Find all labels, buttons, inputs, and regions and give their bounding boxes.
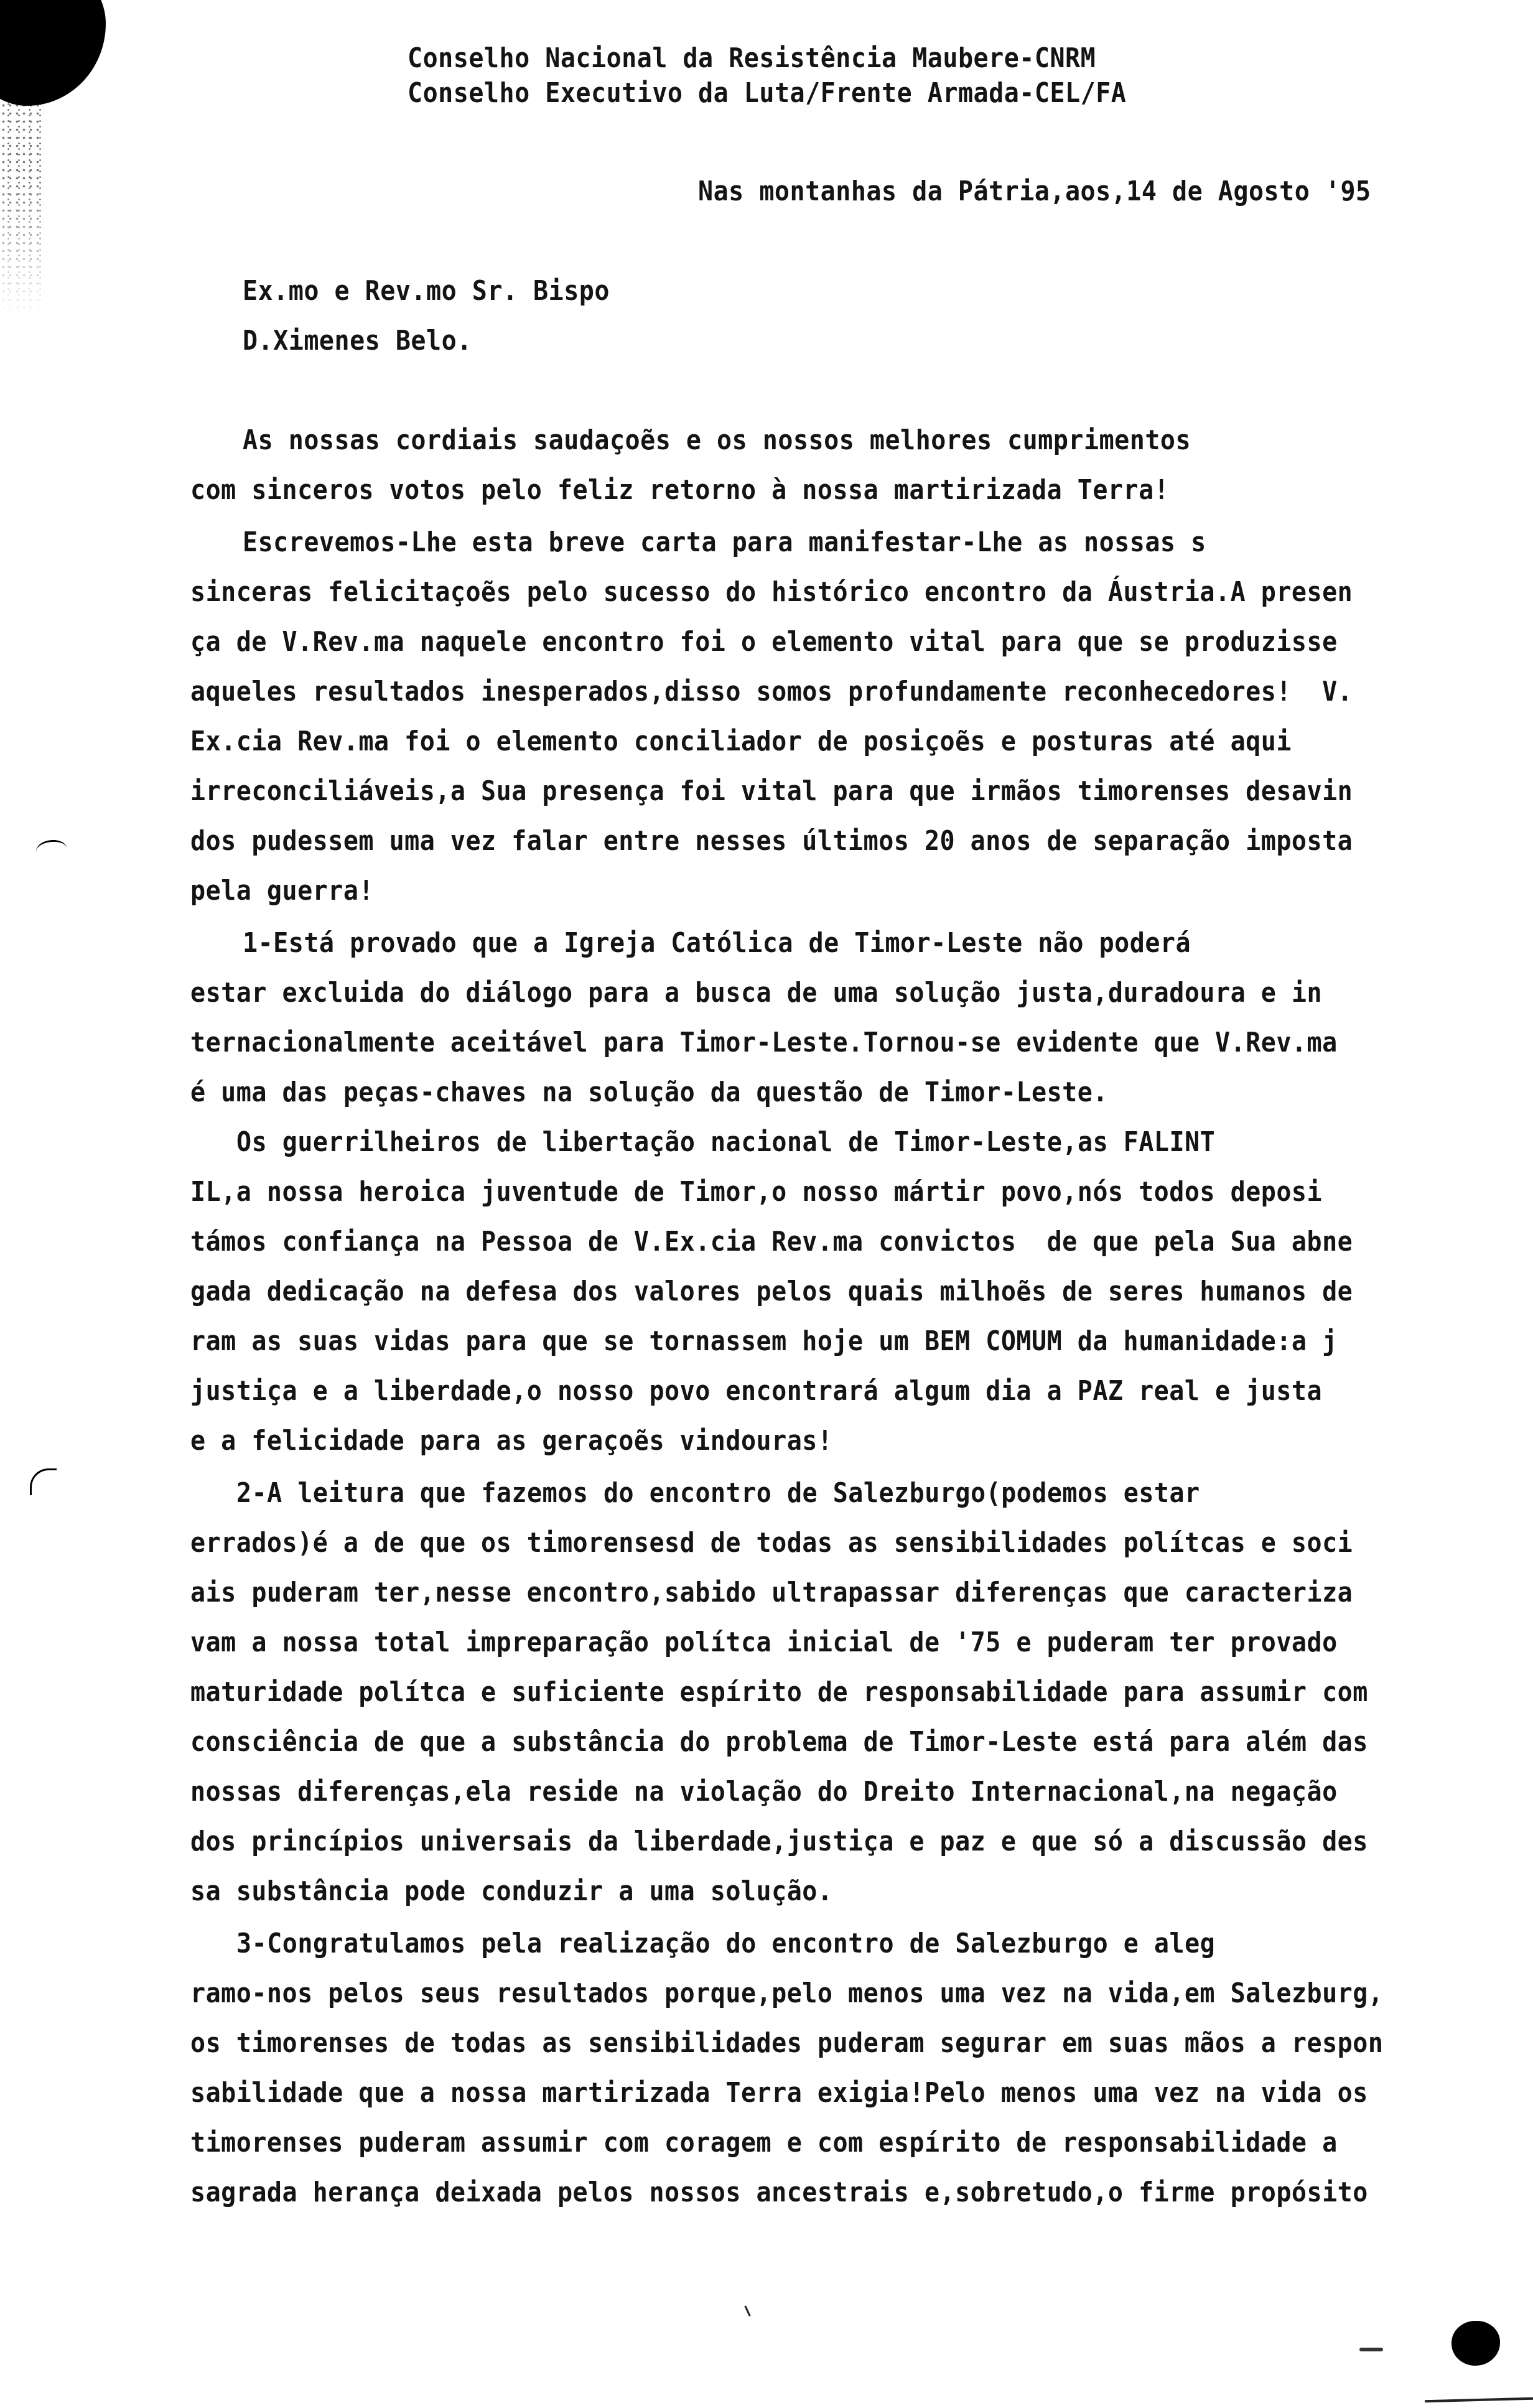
body-line: vam a nossa total impreparação polítca i… <box>190 1626 1338 1659</box>
body-line: gada dedicação na defesa dos valores pel… <box>190 1276 1353 1308</box>
scanned-letter-page: Conselho Nacional da Resistência Maubere… <box>0 0 1533 2408</box>
body-line: ternacionalmente aceitável para Timor-Le… <box>190 1027 1338 1059</box>
body-line: estar excluida do diálogo para a busca d… <box>190 977 1322 1009</box>
body-line: é uma das peças-chaves na solução da que… <box>190 1076 1108 1109</box>
body-line: ram as suas vidas para que se tornassem … <box>190 1325 1338 1358</box>
body-line: ça de V.Rev.ma naquele encontro foi o el… <box>190 626 1338 658</box>
body-line: com sinceros votos pelo feliz retorno à … <box>190 474 1169 506</box>
addressee-title: Ex.mo e Rev.mo Sr. Bispo <box>243 275 610 307</box>
place-and-date: Nas montanhas da Pátria,aos,14 de Agosto… <box>698 175 1371 208</box>
hole-punch-mark <box>30 1468 57 1495</box>
body-line: os timorenses de todas as sensibilidades… <box>190 2027 1383 2060</box>
body-line: maturidade polítca e suficiente espírito… <box>190 1676 1368 1709</box>
body-line: errados)é a de que os timorensesd de tod… <box>190 1527 1353 1559</box>
body-line: irreconciliáveis,a Sua presença foi vita… <box>190 775 1353 808</box>
body-line: sa substância pode conduzir a uma soluçã… <box>190 1875 832 1908</box>
hole-punch-mark <box>35 838 68 862</box>
body-line: Escrevemos-Lhe esta breve carta para man… <box>243 526 1206 559</box>
ink-blot-bottom-right <box>1451 2321 1500 2366</box>
body-line: Os guerrilheiros de libertação nacional … <box>236 1126 1215 1159</box>
body-line: aqueles resultados inesperados,disso som… <box>190 676 1353 708</box>
addressee-name: D.Ximenes Belo. <box>243 325 472 357</box>
body-line: támos confiança na Pessoa de V.Ex.cia Re… <box>190 1226 1353 1258</box>
body-line: timorenses puderam assumir com coragem e… <box>190 2127 1338 2159</box>
body-line: consciência de que a substância do probl… <box>190 1726 1368 1758</box>
organization-name-celfa: Conselho Executivo da Luta/Frente Armada… <box>408 77 1126 110</box>
body-line: nossas diferenças,ela reside na violação… <box>190 1776 1338 1808</box>
body-line: 2-A leitura que fazemos do encontro de S… <box>236 1477 1200 1510</box>
body-line: ais puderam ter,nesse encontro,sabido ul… <box>190 1577 1353 1609</box>
ink-smudge <box>1359 2348 1383 2351</box>
body-line: Ex.cia Rev.ma foi o elemento conciliador… <box>190 726 1292 758</box>
body-line: 1-Está provado que a Igreja Católica de … <box>243 927 1191 959</box>
body-line: dos princípios universais da liberdade,j… <box>190 1826 1368 1858</box>
body-line: sinceras felicitaçoẽs pelo sucesso do hi… <box>190 576 1353 609</box>
body-line: ramo-nos pelos seus resultados porque,pe… <box>190 1977 1383 2010</box>
body-line: justiça e a liberdade,o nosso povo encon… <box>190 1375 1322 1407</box>
stray-mark <box>744 2305 750 2317</box>
organization-name-cnrm: Conselho Nacional da Resistência Maubere… <box>408 42 1096 75</box>
body-line: dos pudessem uma vez falar entre nesses … <box>190 825 1353 857</box>
page-edge-shadow <box>1425 2397 1533 2403</box>
body-line: 3-Congratulamos pela realização do encon… <box>236 1928 1215 1960</box>
body-line: sagrada herança deixada pelos nossos anc… <box>190 2177 1368 2209</box>
body-line: IL,a nossa heroica juventude de Timor,o … <box>190 1176 1322 1208</box>
body-line: As nossas cordiais saudaçoẽs e os nossos… <box>243 424 1191 457</box>
ink-blot-top-left <box>0 0 106 106</box>
body-line: sabilidade que a nossa martirizada Terra… <box>190 2077 1368 2109</box>
body-line: pela guerra! <box>190 875 374 907</box>
scan-speckle-noise <box>0 93 44 317</box>
body-line: e a felicidade para as geraçoẽs vindoura… <box>190 1425 832 1457</box>
